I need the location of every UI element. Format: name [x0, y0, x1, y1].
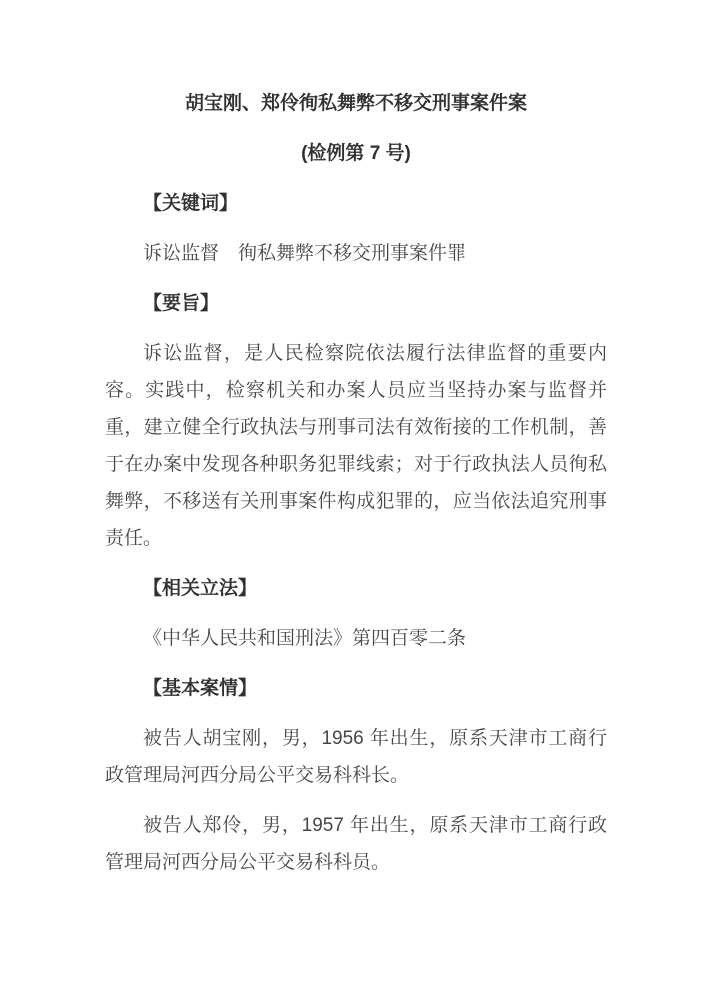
- section-heading-keywords: 【关键词】: [105, 185, 607, 222]
- section-heading-legislation: 【相关立法】: [105, 570, 607, 607]
- facts-paragraph-defendant-1: 被告人胡宝刚，男，1956 年出生，原系天津市工商行政管理局河西分局公平交易科科…: [105, 720, 607, 794]
- legislation-text: 《中华人民共和国刑法》第四百零二条: [105, 620, 607, 657]
- keywords-text: 诉讼监督 徇私舞弊不移交刑事案件罪: [105, 235, 607, 272]
- gist-text: 诉讼监督，是人民检察院依法履行法律监督的重要内容。实践中，检察机关和办案人员应当…: [105, 335, 607, 557]
- section-heading-basic-facts: 【基本案情】: [105, 670, 607, 707]
- facts-paragraph-defendant-2: 被告人郑伶，男，1957 年出生，原系天津市工商行政管理局河西分局公平交易科科员…: [105, 807, 607, 881]
- document-page: 胡宝刚、郑伶徇私舞弊不移交刑事案件案 (检例第 7 号) 【关键词】 诉讼监督 …: [0, 0, 707, 999]
- document-title: 胡宝刚、郑伶徇私舞弊不移交刑事案件案: [105, 85, 607, 122]
- section-heading-gist: 【要旨】: [105, 285, 607, 322]
- case-number: (检例第 7 号): [105, 135, 607, 172]
